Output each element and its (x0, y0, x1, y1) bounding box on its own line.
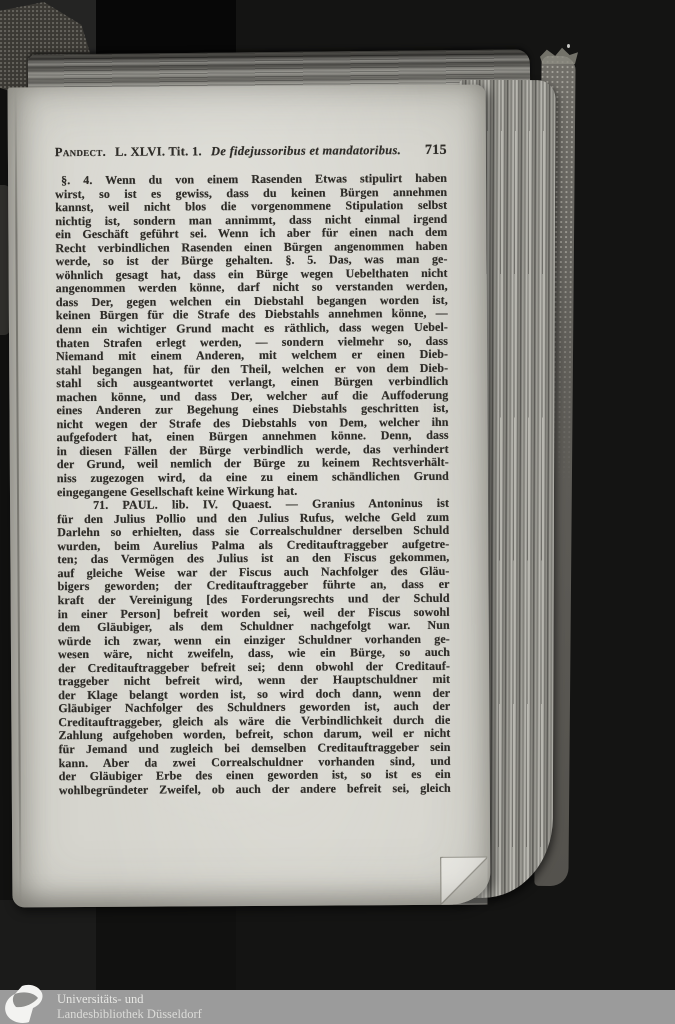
library-logo-icon (2, 983, 48, 1024)
paragraph: §. 4. Wenn du von einem Rasenden Etwas s… (55, 172, 449, 500)
printed-text: Pandect. L. XLVI. Tit. 1. De fidejussori… (55, 143, 451, 798)
library-name: Universitäts- und Landesbibliothek Düsse… (57, 992, 202, 1022)
header-latin-title: De fidejussoribus et mandatoribus. (211, 143, 401, 159)
text-body: §. 4. Wenn du von einem Rasenden Etwas s… (55, 172, 451, 798)
dust-speck (567, 44, 570, 48)
book-page: Pandect. L. XLVI. Tit. 1. De fidejussori… (7, 85, 490, 908)
header-locator: L. XLVI. Tit. 1. (115, 144, 202, 160)
folded-corner-mark (440, 857, 487, 905)
header-journal: Pandect. (55, 145, 106, 160)
book-photo: Pandect. L. XLVI. Tit. 1. De fidejussori… (0, 0, 675, 1024)
text-line: niss zugezogen wird, da eine zu einem sc… (57, 470, 449, 486)
page-number: 715 (425, 143, 447, 159)
library-name-line2: Landesbibliothek Düsseldorf (57, 1007, 202, 1022)
background-bottom-left (0, 900, 96, 992)
paragraph: 71. PAUL. lib. IV. Quaest. — Granius Ant… (57, 497, 451, 797)
running-header: Pandect. L. XLVI. Tit. 1. De fidejussori… (55, 143, 447, 161)
library-name-line1: Universitäts- und (57, 992, 202, 1007)
footer-bar: Universitäts- und Landesbibliothek Düsse… (0, 990, 675, 1024)
gutter-crease (14, 87, 21, 907)
text-line: wohlbegründeter Zweifel, ob auch der and… (59, 781, 451, 797)
